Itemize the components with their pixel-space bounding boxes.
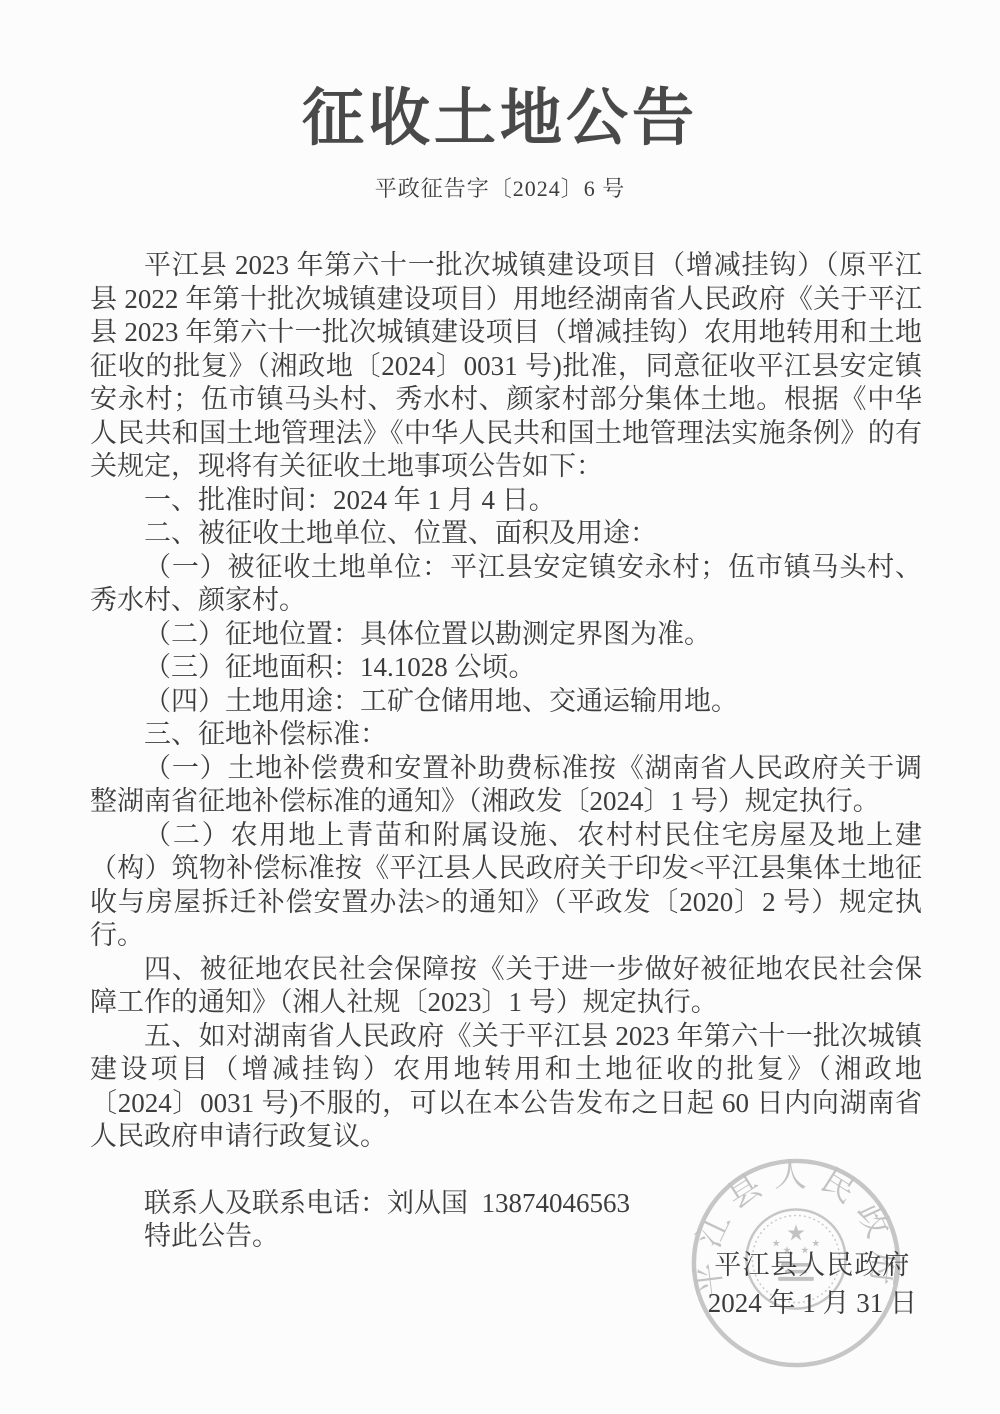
body-paragraph: （二）征地位置：具体位置以勘测定界图为准。 [90,618,922,652]
body-paragraph: 五、如对湖南省人民政府《关于平江县 2023 年第六十一批次城镇建设项目（增减挂… [90,1020,922,1154]
body-paragraph: （四）土地用途：工矿仓储用地、交通运输用地。 [90,685,922,719]
body-paragraph: 一、批准时间：2024 年 1 月 4 日。 [90,484,922,518]
contact-block: 联系人及联系电话：刘从国 13874046563 特此公告。 [90,1187,922,1254]
body-paragraph: （二）农用地上青苗和附属设施、农村村民住宅房屋及地上建（构）筑物补偿标准按《平江… [90,819,922,953]
body-paragraph: 三、征地补偿标准： [90,718,922,752]
body-paragraph: （三）征地面积：14.1028 公顷。 [90,651,922,685]
signature-block: 平江县人民政府 2024 年 1 月 31 日 [708,1246,917,1322]
body-paragraph: （一）被征收土地单位：平江县安定镇安永村；伍市镇马头村、秀水村、颜家村。 [90,551,922,618]
body-paragraph: 二、被征收土地单位、位置、面积及用途： [90,517,922,551]
document-body: 平江县 2023 年第六十一批次城镇建设项目（增减挂钩）（原平江县 2022 年… [90,249,922,1254]
contact-line: 联系人及联系电话：刘从国 13874046563 [90,1187,922,1221]
document-number: 平政征告字〔2024〕6 号 [0,172,1000,203]
signature-issuer: 平江县人民政府 [708,1246,917,1284]
body-paragraph: （一）土地补偿费和安置补助费标准按《湖南省人民政府关于调整湖南省征地补偿标准的通… [90,752,922,819]
body-paragraph: 平江县 2023 年第六十一批次城镇建设项目（增减挂钩）（原平江县 2022 年… [90,249,922,484]
document-title: 征收土地公告 [0,0,1000,156]
signature-date: 2024 年 1 月 31 日 [708,1284,917,1322]
announcement-page: 征收土地公告 平政征告字〔2024〕6 号 平江县 2023 年第六十一批次城镇… [0,0,1000,1414]
body-paragraph: 四、被征地农民社会保障按《关于进一步做好被征地农民社会保障工作的通知》（湘人社规… [90,953,922,1020]
